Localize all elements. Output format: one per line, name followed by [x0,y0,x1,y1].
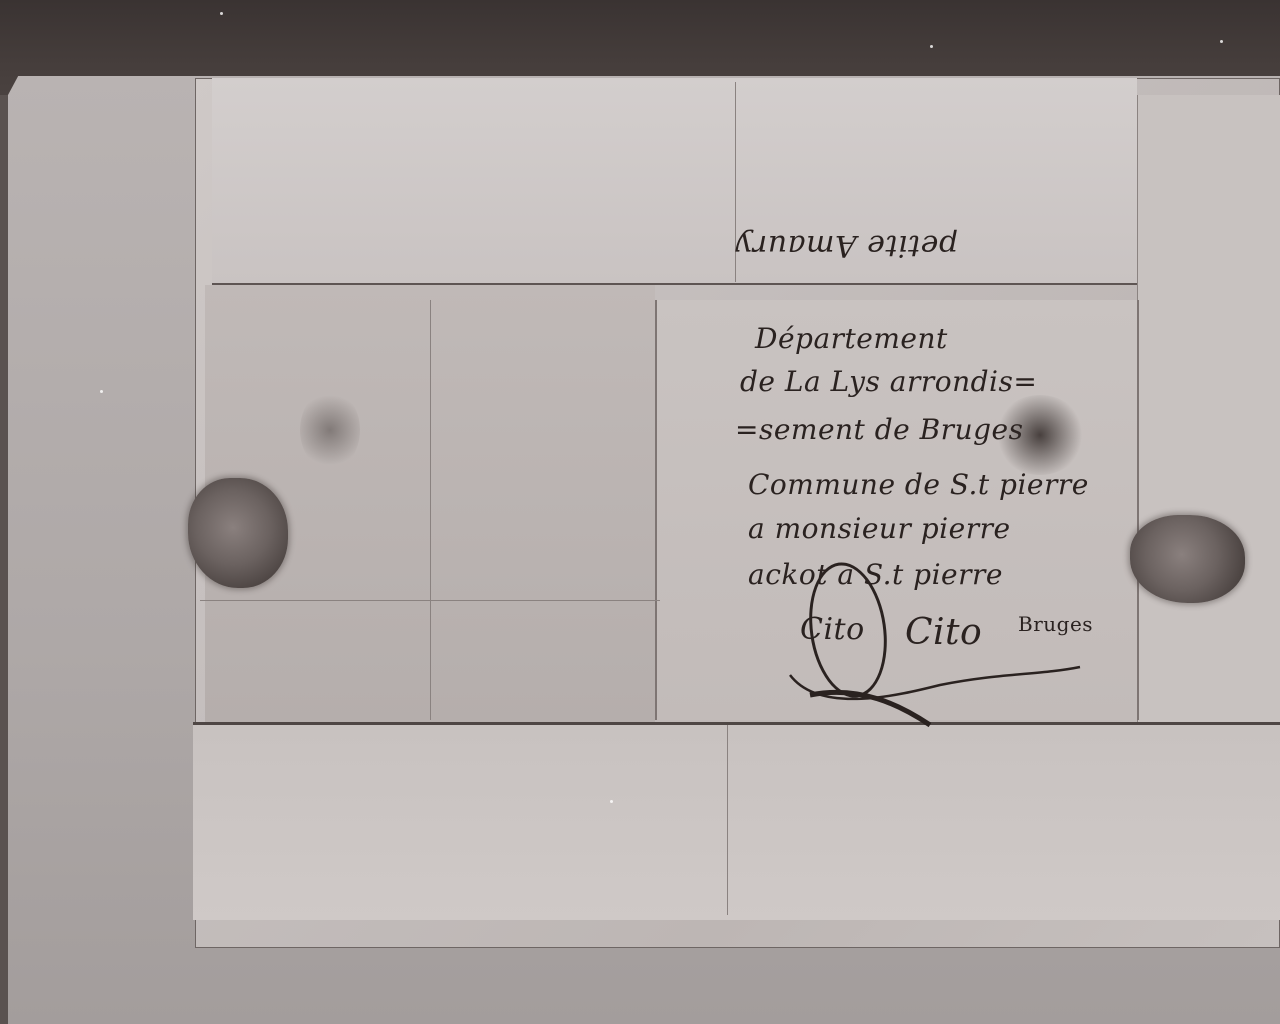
ink-smudge [995,395,1085,475]
town-mark: Bruges [1018,612,1093,636]
docket-note: petite Amaury [735,228,958,263]
dust-speck [610,800,613,803]
top-flap [212,78,1137,285]
fold-line [727,725,728,915]
address-line-6: ackot a S.t pierre [748,558,1003,591]
address-line-2: de La Lys arrondis= [740,365,1037,398]
dust-speck [220,12,223,15]
dust-speck [930,45,933,48]
address-line-5: a monsieur pierre [748,512,1011,545]
ink-smudge [300,390,360,470]
wax-seal-left [188,478,288,588]
dust-speck [1220,40,1223,43]
signature-left: Cito [800,612,865,647]
address-line-1: Département [755,322,948,355]
signature-main: Cito [905,612,982,653]
bottom-flap [193,722,1280,920]
right-flap [1137,95,1280,735]
fold-line [200,600,660,601]
address-line-3: =sement de Bruges [735,413,1023,446]
dust-speck [100,390,103,393]
fold-line [430,300,431,720]
signature-flourish [780,655,1110,735]
wax-seal-right [1130,515,1245,603]
